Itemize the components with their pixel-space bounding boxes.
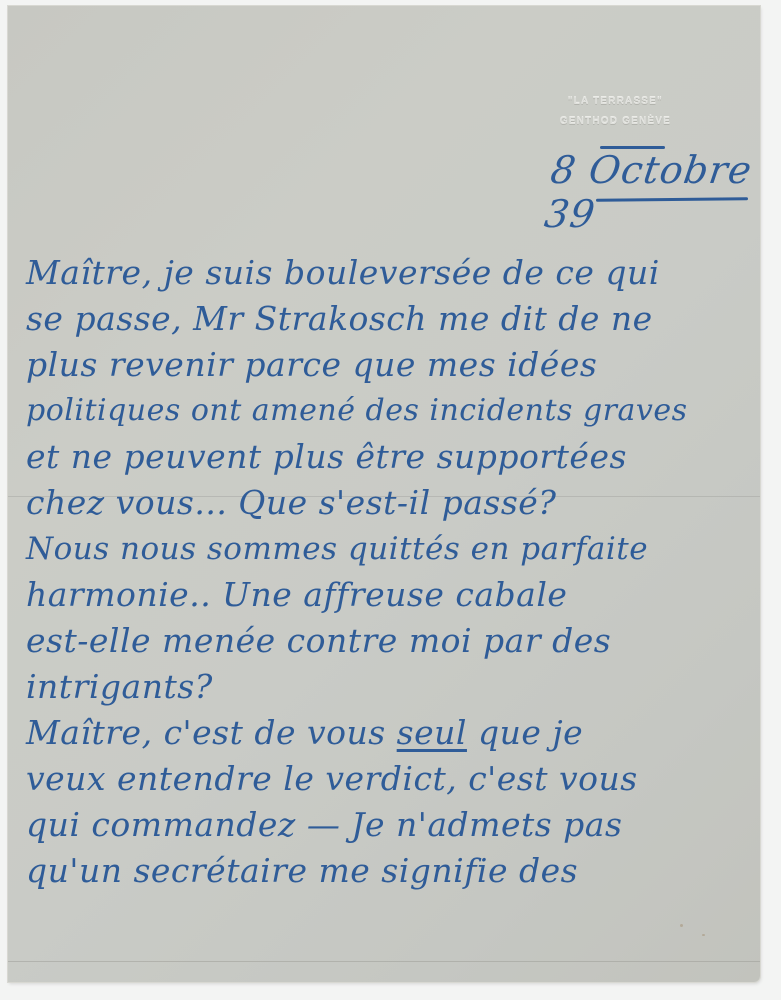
letter-line-12: veux entendre le verdict, c'est vous [26,756,756,802]
letterhead-name: "LA TERRASSE" [560,92,671,112]
letter-line-1: Maître, je suis bouleversée de ce qui [26,250,756,296]
letter-line-5: et ne peuvent plus être supportées [26,434,756,480]
letterhead-location: GENTHOD GENÈVE [560,112,671,132]
letter-line-2: se passe, Mr Strakosch me dit de ne [26,296,756,342]
letter-line-11: Maître, c'est de vous seul que je [26,710,756,756]
paper-stain [702,934,705,936]
letter-date: 8 Octobre 39 [542,148,781,236]
embossed-letterhead: "LA TERRASSE" GENTHOD GENÈVE [560,92,671,132]
letter-line-13: qui commandez — Je n'admets pas [26,802,756,848]
letter-line-4: politiques ont amené des incidents grave… [26,388,756,434]
paper-bottom-crease [8,961,760,962]
letter-line-10: intrigants? [26,664,756,710]
letter-line-3: plus revenir parce que mes idées [26,342,756,388]
letter-line-9: est-elle menée contre moi par des [26,618,756,664]
letter-body: Maître, je suis bouleversée de ce qui se… [26,250,756,894]
paper-stain [680,924,683,927]
line-11-end: que je [467,713,583,752]
letter-line-8: harmonie.. Une affreuse cabale [26,572,756,618]
letter-line-14: qu'un secrétaire me signifie des [26,848,756,894]
line-11-start: Maître, c'est de vous [26,713,397,752]
letter-line-7: Nous nous sommes quittés en parfaite [26,526,756,572]
letter-line-6: chez vous... Que s'est-il passé? [26,480,756,526]
underlined-word: seul [397,713,467,752]
